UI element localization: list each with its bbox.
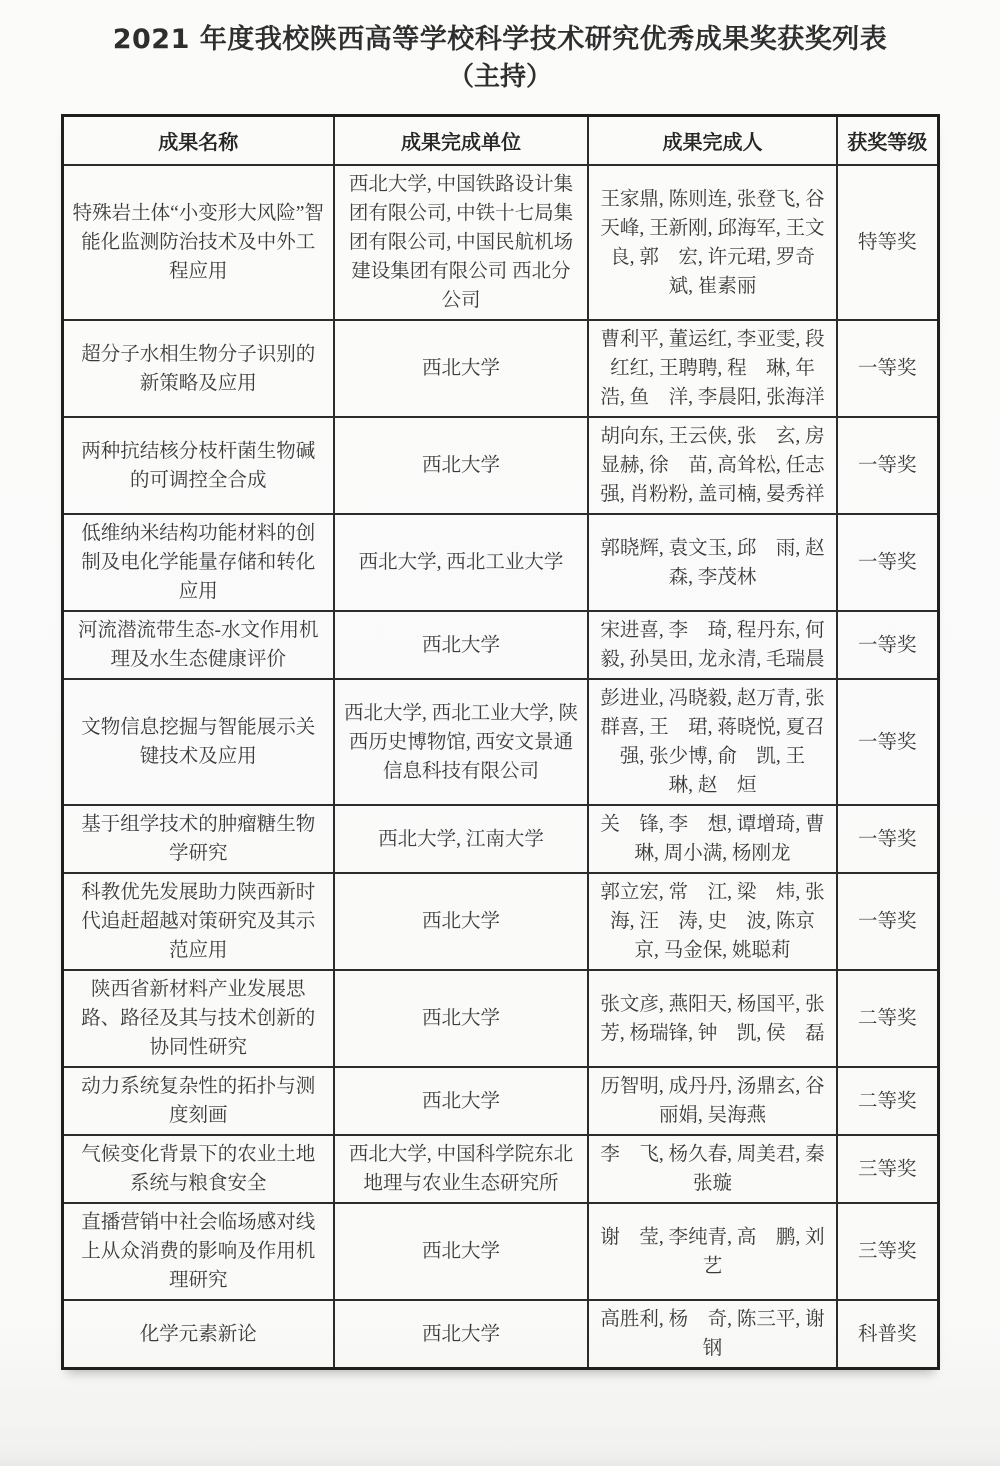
table-row: 科教优先发展助力陕西新时代追赶超越对策研究及其示范应用西北大学郭立宏, 常 江,… bbox=[62, 873, 938, 970]
cell-award-level: 一等奖 bbox=[837, 320, 938, 417]
cell-award-level: 一等奖 bbox=[837, 679, 938, 805]
table-row: 直播营销中社会临场感对线上从众消费的影响及作用机理研究西北大学谢 莹, 李纯青,… bbox=[62, 1203, 938, 1300]
cell-achievement-name: 文物信息挖掘与智能展示关键技术及应用 bbox=[62, 679, 334, 805]
cell-award-level: 二等奖 bbox=[837, 1067, 938, 1135]
table-row: 两种抗结核分枝杆菌生物碱的可调控全合成西北大学胡向东, 王云侠, 张 玄, 房显… bbox=[62, 417, 938, 514]
page-title: 2021 年度我校陕西高等学校科学技术研究优秀成果奖获奖列表 bbox=[0, 22, 1000, 58]
cell-completing-people: 高胜利, 杨 奇, 陈三平, 谢 钢 bbox=[588, 1300, 837, 1369]
cell-completing-unit: 西北大学, 中国铁路设计集团有限公司, 中铁十七局集团有限公司, 中国民航机场建… bbox=[334, 165, 588, 320]
awards-table-body: 特殊岩土体“小变形大风险”智能化监测防治技术及中外工程应用西北大学, 中国铁路设… bbox=[62, 165, 938, 1369]
cell-completing-unit: 西北大学, 西北工业大学 bbox=[334, 514, 588, 611]
cell-completing-people: 胡向东, 王云侠, 张 玄, 房显赫, 徐 苗, 高耸松, 任志强, 肖粉粉, … bbox=[588, 417, 837, 514]
cell-achievement-name: 基于组学技术的肿瘤糖生物学研究 bbox=[62, 805, 334, 873]
cell-completing-unit: 西北大学 bbox=[334, 417, 588, 514]
table-row: 文物信息挖掘与智能展示关键技术及应用西北大学, 西北工业大学, 陕西历史博物馆,… bbox=[62, 679, 938, 805]
cell-award-level: 三等奖 bbox=[837, 1135, 938, 1203]
cell-completing-people: 郭晓辉, 袁文玉, 邱 雨, 赵 森, 李茂林 bbox=[588, 514, 837, 611]
cell-achievement-name: 直播营销中社会临场感对线上从众消费的影响及作用机理研究 bbox=[62, 1203, 334, 1300]
cell-completing-unit: 西北大学 bbox=[334, 1203, 588, 1300]
cell-completing-unit: 西北大学, 江南大学 bbox=[334, 805, 588, 873]
cell-completing-people: 李 飞, 杨久春, 周美君, 秦张璇 bbox=[588, 1135, 837, 1203]
cell-completing-people: 曹利平, 董运红, 李亚雯, 段红红, 王聘聘, 程 琳, 年 浩, 鱼 洋, … bbox=[588, 320, 837, 417]
cell-award-level: 特等奖 bbox=[837, 165, 938, 320]
cell-completing-people: 谢 莹, 李纯青, 高 鹏, 刘 艺 bbox=[588, 1203, 837, 1300]
table-row: 化学元素新论西北大学高胜利, 杨 奇, 陈三平, 谢 钢科普奖 bbox=[62, 1300, 938, 1369]
cell-completing-people: 王家鼎, 陈则连, 张登飞, 谷天峰, 王新刚, 邱海军, 王文良, 郭 宏, … bbox=[588, 165, 837, 320]
awards-table-header: 成果名称 成果完成单位 成果完成人 获奖等级 bbox=[62, 116, 938, 166]
cell-achievement-name: 动力系统复杂性的拓扑与测度刻画 bbox=[62, 1067, 334, 1135]
page-subtitle: （主持） bbox=[0, 60, 1000, 94]
cell-award-level: 二等奖 bbox=[837, 970, 938, 1067]
cell-award-level: 一等奖 bbox=[837, 873, 938, 970]
table-row: 特殊岩土体“小变形大风险”智能化监测防治技术及中外工程应用西北大学, 中国铁路设… bbox=[62, 165, 938, 320]
cell-completing-people: 宋进喜, 李 琦, 程丹东, 何 毅, 孙昊田, 龙永清, 毛瑞晨 bbox=[588, 611, 837, 679]
table-row: 低维纳米结构功能材料的创制及电化学能量存储和转化应用西北大学, 西北工业大学郭晓… bbox=[62, 514, 938, 611]
cell-award-level: 一等奖 bbox=[837, 611, 938, 679]
col-header-completing-people: 成果完成人 bbox=[588, 116, 837, 166]
table-row: 超分子水相生物分子识别的新策略及应用西北大学曹利平, 董运红, 李亚雯, 段红红… bbox=[62, 320, 938, 417]
cell-achievement-name: 科教优先发展助力陕西新时代追赶超越对策研究及其示范应用 bbox=[62, 873, 334, 970]
cell-achievement-name: 超分子水相生物分子识别的新策略及应用 bbox=[62, 320, 334, 417]
cell-award-level: 科普奖 bbox=[837, 1300, 938, 1369]
cell-achievement-name: 陕西省新材料产业发展思路、路径及其与技术创新的协同性研究 bbox=[62, 970, 334, 1067]
cell-completing-unit: 西北大学 bbox=[334, 320, 588, 417]
cell-award-level: 一等奖 bbox=[837, 514, 938, 611]
table-row: 基于组学技术的肿瘤糖生物学研究西北大学, 江南大学关 锋, 李 想, 谭增琦, … bbox=[62, 805, 938, 873]
cell-completing-unit: 西北大学, 西北工业大学, 陕西历史博物馆, 西安文景通信息科技有限公司 bbox=[334, 679, 588, 805]
cell-achievement-name: 河流潜流带生态-水文作用机理及水生态健康评价 bbox=[62, 611, 334, 679]
cell-completing-unit: 西北大学 bbox=[334, 970, 588, 1067]
cell-achievement-name: 低维纳米结构功能材料的创制及电化学能量存储和转化应用 bbox=[62, 514, 334, 611]
cell-completing-people: 彭进业, 冯晓毅, 赵万青, 张群喜, 王 珺, 蒋晓悦, 夏召强, 张少博, … bbox=[588, 679, 837, 805]
awards-table: 成果名称 成果完成单位 成果完成人 获奖等级 特殊岩土体“小变形大风险”智能化监… bbox=[61, 114, 940, 1370]
cell-award-level: 三等奖 bbox=[837, 1203, 938, 1300]
cell-completing-unit: 西北大学 bbox=[334, 873, 588, 970]
cell-completing-unit: 西北大学 bbox=[334, 611, 588, 679]
col-header-achievement-name: 成果名称 bbox=[62, 116, 334, 166]
cell-achievement-name: 气候变化背景下的农业土地系统与粮食安全 bbox=[62, 1135, 334, 1203]
cell-completing-people: 张文彦, 燕阳天, 杨国平, 张 芳, 杨瑞锋, 钟 凯, 侯 磊 bbox=[588, 970, 837, 1067]
cell-award-level: 一等奖 bbox=[837, 805, 938, 873]
cell-completing-unit: 西北大学 bbox=[334, 1300, 588, 1369]
header-row: 成果名称 成果完成单位 成果完成人 获奖等级 bbox=[62, 116, 938, 166]
table-row: 河流潜流带生态-水文作用机理及水生态健康评价西北大学宋进喜, 李 琦, 程丹东,… bbox=[62, 611, 938, 679]
cell-completing-unit: 西北大学, 中国科学院东北地理与农业生态研究所 bbox=[334, 1135, 588, 1203]
cell-completing-people: 关 锋, 李 想, 谭增琦, 曹 琳, 周小满, 杨刚龙 bbox=[588, 805, 837, 873]
col-header-completing-unit: 成果完成单位 bbox=[334, 116, 588, 166]
table-row: 动力系统复杂性的拓扑与测度刻画西北大学历智明, 成丹丹, 汤鼎玄, 谷丽娟, 吴… bbox=[62, 1067, 938, 1135]
document-page: 2021 年度我校陕西高等学校科学技术研究优秀成果奖获奖列表 （主持） 成果名称… bbox=[0, 0, 1000, 1466]
col-header-award-level: 获奖等级 bbox=[837, 116, 938, 166]
table-row: 陕西省新材料产业发展思路、路径及其与技术创新的协同性研究西北大学张文彦, 燕阳天… bbox=[62, 970, 938, 1067]
cell-achievement-name: 两种抗结核分枝杆菌生物碱的可调控全合成 bbox=[62, 417, 334, 514]
cell-completing-people: 郭立宏, 常 江, 梁 炜, 张 海, 汪 涛, 史 波, 陈京京, 马金保, … bbox=[588, 873, 837, 970]
cell-completing-unit: 西北大学 bbox=[334, 1067, 588, 1135]
table-row: 气候变化背景下的农业土地系统与粮食安全西北大学, 中国科学院东北地理与农业生态研… bbox=[62, 1135, 938, 1203]
cell-achievement-name: 化学元素新论 bbox=[62, 1300, 334, 1369]
cell-completing-people: 历智明, 成丹丹, 汤鼎玄, 谷丽娟, 吴海燕 bbox=[588, 1067, 837, 1135]
cell-achievement-name: 特殊岩土体“小变形大风险”智能化监测防治技术及中外工程应用 bbox=[62, 165, 334, 320]
cell-award-level: 一等奖 bbox=[837, 417, 938, 514]
